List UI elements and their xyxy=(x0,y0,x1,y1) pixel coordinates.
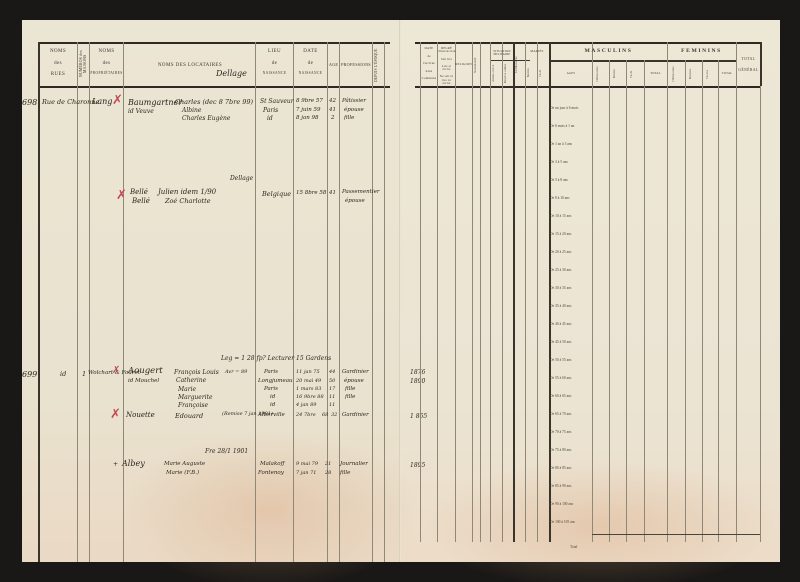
header-total-general: TOTAL GÉNÉRAL xyxy=(737,58,760,73)
header-depuis: DEPUIS L'ÉPOQUE xyxy=(375,46,383,84)
header-religion: RELIGION xyxy=(455,63,472,67)
header-situation-militaire: SITUATION MILITAIRE xyxy=(490,50,514,57)
header-masculins: MASCULINS xyxy=(550,48,667,54)
header-noms-proprietaires: NOMS des PROPRIÉTAIRES xyxy=(90,49,123,76)
header-celibataires: Célibataires xyxy=(515,50,524,80)
right-page xyxy=(400,20,780,562)
total-label: Total xyxy=(570,545,577,549)
header-degre-instruction: DEGRÉ d'instruction Sait lire Lire et éc… xyxy=(438,47,455,85)
header-date-arrivee: DATE de l'arrivée dans Commune xyxy=(421,47,437,81)
header-annotation: Dellage xyxy=(216,69,247,78)
header-lieu-naissance: LIEU de NAISSANCE xyxy=(256,49,293,76)
header-noms-rues: NOMS des RUES xyxy=(40,49,76,78)
header-numeros: NUMÉROS des MAISONS xyxy=(79,46,88,82)
header-feminins: FEMININS xyxy=(667,48,736,54)
header-date-naissance: DATE de NAISSANCE xyxy=(294,49,327,76)
header-professions: PROFESSIONS xyxy=(340,63,372,68)
sub-ages: AGES xyxy=(550,72,592,75)
header-maries: MARIÉS xyxy=(525,50,549,54)
header-noms-locataires: NOMS DES LOCATAIRES xyxy=(125,63,255,69)
book-spine xyxy=(399,20,401,562)
header-nationalite: Nationalité xyxy=(474,47,479,83)
header-age: AGE xyxy=(327,63,340,68)
